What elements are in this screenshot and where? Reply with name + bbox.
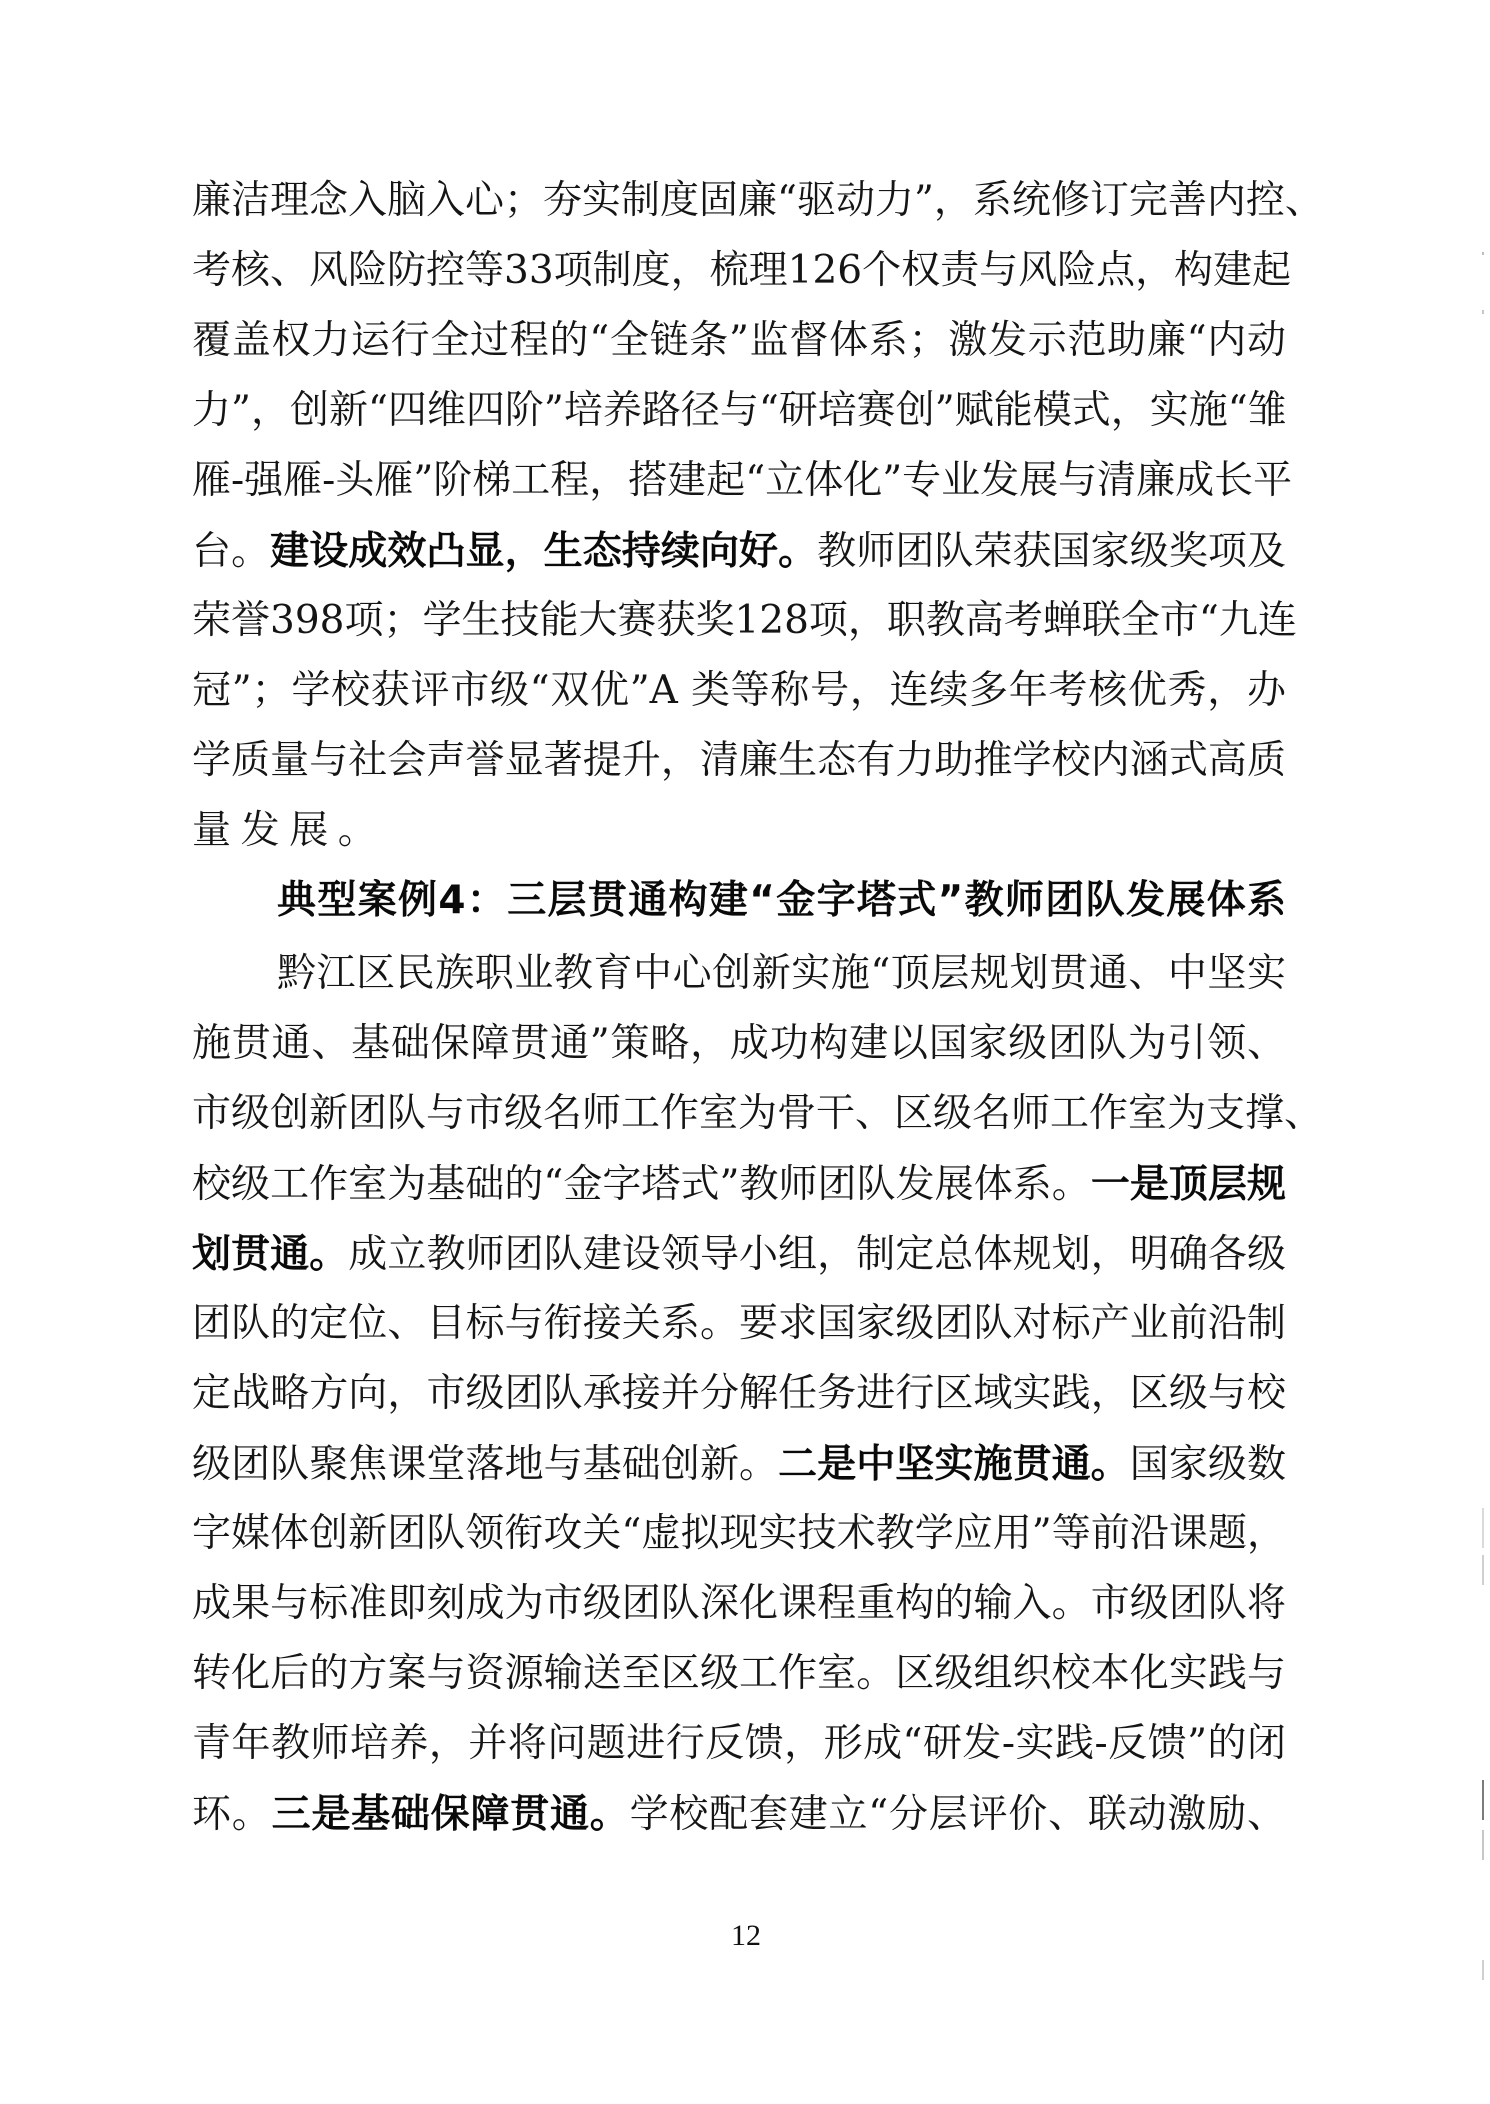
text-line: 廉洁理念入脑入心；夯实制度固廉“驱动力”，系统修订完善内控、 — [192, 178, 1286, 248]
text-line: 成果与标准即刻成为市级团队深化课程重构的输入。市级团队将 — [192, 1581, 1286, 1651]
text-run: 成立教师团队建设领导小组，制定总体规划，明确各级 — [348, 1232, 1286, 1277]
text-line: 级团队聚焦课堂落地与基础创新。二是中坚实施贯通。国家级数 — [192, 1441, 1286, 1511]
text-run: 学校配套建立“分层评价、联动激励、 — [630, 1792, 1286, 1837]
text-line: 校级工作室为基础的“金字塔式”教师团队发展体系。一是顶层规 — [192, 1161, 1286, 1231]
bold-emphasis: 划贯通。 — [192, 1231, 348, 1277]
text-line: 雁-强雁-头雁”阶梯工程，搭建起“立体化”专业发展与清廉成长平 — [192, 458, 1286, 528]
text-line: 学质量与社会声誉显著提升，清廉生态有力助推学校内涵式高质 — [192, 738, 1286, 808]
scan-artifact — [1482, 1780, 1484, 1820]
text-line: 团队的定位、目标与衔接关系。要求国家级团队对标产业前沿制 — [192, 1301, 1286, 1371]
scan-artifact — [1482, 310, 1484, 314]
text-line: 荣誉398项；学生技能大赛获奖128项，职教高考蝉联全市“九连 — [192, 598, 1286, 668]
text-line: 转化后的方案与资源输送至区级工作室。区级组织校本化实践与 — [192, 1651, 1286, 1721]
text-line: 量发展。 — [192, 808, 386, 878]
text-run: 环。 — [192, 1792, 272, 1837]
bold-emphasis: 二是中坚实施贯通。 — [778, 1441, 1130, 1487]
text-run: 级团队聚焦课堂落地与基础创新。 — [192, 1442, 778, 1487]
document-page: 廉洁理念入脑入心；夯实制度固廉“驱动力”，系统修订完善内控、 考核、风险防控等3… — [0, 0, 1490, 2104]
text-run: 教师团队荣获国家级奖项及 — [817, 529, 1286, 574]
page-number: 12 — [726, 1920, 766, 1952]
case-heading: 典型案例4：三层贯通构建“金字塔式”教师团队发展体系 — [277, 878, 1286, 924]
text-run: 校级工作室为基础的“金字塔式”教师团队发展体系。 — [192, 1162, 1091, 1207]
text-line: 黔江区民族职业教育中心创新实施“顶层规划贯通、中坚实 — [277, 951, 1286, 1021]
text-line: 青年教师培养，并将问题进行反馈，形成“研发-实践-反馈”的闭 — [192, 1721, 1286, 1791]
text-line: 划贯通。成立教师团队建设领导小组，制定总体规划，明确各级 — [192, 1231, 1286, 1301]
text-line: 环。三是基础保障贯通。学校配套建立“分层评价、联动激励、 — [192, 1791, 1286, 1861]
scan-artifact — [1482, 252, 1484, 255]
text-line: 市级创新团队与市级名师工作室为骨干、区级名师工作室为支撑、 — [192, 1091, 1286, 1161]
scan-artifact — [1482, 1960, 1484, 1980]
text-line: 施贯通、基础保障贯通”策略，成功构建以国家级团队为引领、 — [192, 1021, 1286, 1091]
text-line: 字媒体创新团队领衔攻关“虚拟现实技术教学应用”等前沿课题， — [192, 1511, 1286, 1581]
scan-artifact — [1482, 1508, 1484, 1548]
scan-artifact — [1482, 1830, 1484, 1860]
text-line: 冠”；学校获评市级“双优”A 类等称号，连续多年考核优秀，办 — [192, 668, 1286, 738]
bold-emphasis: 建设成效凸显，生态持续向好。 — [270, 528, 817, 574]
text-run: 国家级数 — [1130, 1442, 1286, 1487]
text-line: 力”，创新“四维四阶”培养路径与“研培赛创”赋能模式，实施“雏 — [192, 388, 1286, 458]
bold-emphasis: 一是顶层规 — [1091, 1161, 1286, 1207]
scan-artifact — [1482, 1555, 1484, 1585]
text-run: 台。 — [192, 529, 270, 574]
text-line: 覆盖权力运行全过程的“全链条”监督体系；激发示范助廉“内动 — [192, 318, 1286, 388]
text-line: 定战略方向，市级团队承接并分解任务进行区域实践，区级与校 — [192, 1371, 1286, 1441]
bold-emphasis: 三是基础保障贯通。 — [272, 1791, 630, 1837]
text-line: 台。建设成效凸显，生态持续向好。教师团队荣获国家级奖项及 — [192, 528, 1286, 598]
text-line: 考核、风险防控等33项制度，梳理126个权责与风险点，构建起 — [192, 248, 1286, 318]
